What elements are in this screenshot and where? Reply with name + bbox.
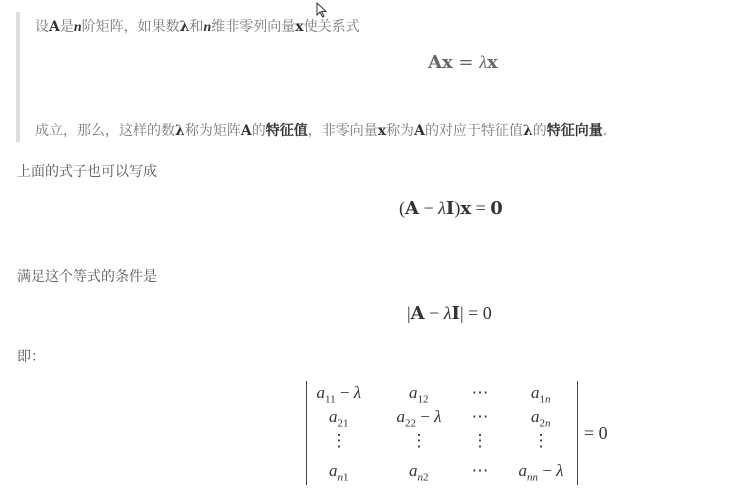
matrix-cell: a21 (329, 407, 349, 429)
definition-blockquote: 设A是n阶矩阵，如果数λ和n维非零列向量x使关系式 Ax = λx 成立，那么，… (16, 12, 720, 142)
matrix-cell: ⋯ (472, 461, 489, 481)
paragraph-ie: 即： (17, 346, 45, 366)
matrix-cell: an1 (329, 461, 349, 483)
math-lambda: λ (438, 198, 446, 218)
text: 使关系式 (304, 19, 360, 35)
text: 设 (35, 19, 49, 35)
math-vector-x: x (378, 123, 386, 139)
matrix-cell: ⋮ (533, 431, 550, 451)
determinant-matrix: a11 − λa12⋯a1na21a22 − λ⋯a2n⋮⋮⋮⋮an1an2⋯a… (306, 381, 578, 485)
paragraph-condition: 满足这个等式的条件是 (17, 266, 157, 286)
text: 称为 (386, 123, 414, 139)
matrix-cell: a1n (531, 383, 551, 405)
matrix-cell: ⋮ (331, 431, 348, 451)
math-lambda: λ (180, 19, 190, 35)
text: 阶矩阵，如果数 (82, 19, 180, 35)
math-minus: − (425, 303, 444, 323)
math-Ax: Ax (428, 52, 453, 73)
math-lambda: λ (444, 303, 452, 323)
matrix-cell: a22 − λ (397, 407, 442, 429)
text: ，非零向量 (308, 123, 378, 139)
math-equals: = (471, 198, 490, 218)
term-eigenvector: 特征向量 (547, 123, 603, 139)
matrix-cell: a2n (531, 407, 551, 429)
text: 称为矩阵 (185, 123, 241, 139)
matrix-cell: ⋯ (472, 383, 489, 403)
text: 的 (533, 123, 547, 139)
math-minus: − (419, 198, 438, 218)
matrix-cell: ann − λ (519, 461, 564, 483)
text: 是 (60, 19, 74, 35)
math-lambda: λ (523, 123, 533, 139)
text: 维非零列向量 (211, 19, 295, 35)
math-matrix-A: A (405, 198, 419, 219)
math-lambda: λ (479, 52, 487, 72)
math-zero-vector: 0 (490, 198, 503, 219)
equation-characteristic: |A − λI| = 0 (407, 303, 492, 324)
matrix-cell: ⋯ (472, 407, 489, 427)
matrix-cell: a12 (409, 383, 429, 405)
matrix-cell: ⋮ (472, 431, 489, 451)
math-vector-x: x (460, 198, 471, 219)
text: 成立，那么，这样的数 (35, 123, 175, 139)
matrix-cell: an2 (409, 461, 429, 483)
math-vector-x: x (295, 19, 303, 35)
math-equals: = (453, 52, 480, 73)
text: 的 (252, 123, 266, 139)
mouse-cursor-icon (316, 2, 328, 18)
definition-sentence-2: 成立，那么，这样的数λ称为矩阵A的特征值，非零向量x称为A的对应于特征值λ的特征… (35, 120, 607, 140)
math-n: n (74, 20, 82, 35)
math-vector-x: x (487, 52, 498, 73)
determinant-equals-zero: = 0 (584, 423, 608, 444)
equation-homogeneous: (A − λI)x = 0 (399, 198, 503, 219)
math-matrix-A: A (49, 19, 60, 35)
math-matrix-A: A (414, 123, 425, 139)
term-eigenvalue: 特征值 (266, 123, 308, 139)
matrix-cell: a11 − λ (317, 383, 362, 405)
matrix-cell: ⋮ (411, 431, 428, 451)
eigen-equation: Ax = λx (428, 52, 498, 73)
math-matrix-A: A (411, 303, 425, 324)
math-lambda: λ (175, 123, 185, 139)
definition-sentence-1: 设A是n阶矩阵，如果数λ和n维非零列向量x使关系式 (35, 16, 360, 36)
math-equals-zero: = 0 (464, 303, 492, 323)
text: 的对应于特征值 (425, 123, 523, 139)
text: . (603, 123, 607, 139)
math-matrix-A: A (241, 123, 252, 139)
text: 和 (190, 19, 204, 35)
paragraph-rewrite: 上面的式子也可以写成 (17, 161, 157, 181)
math-identity-I: I (452, 303, 460, 324)
